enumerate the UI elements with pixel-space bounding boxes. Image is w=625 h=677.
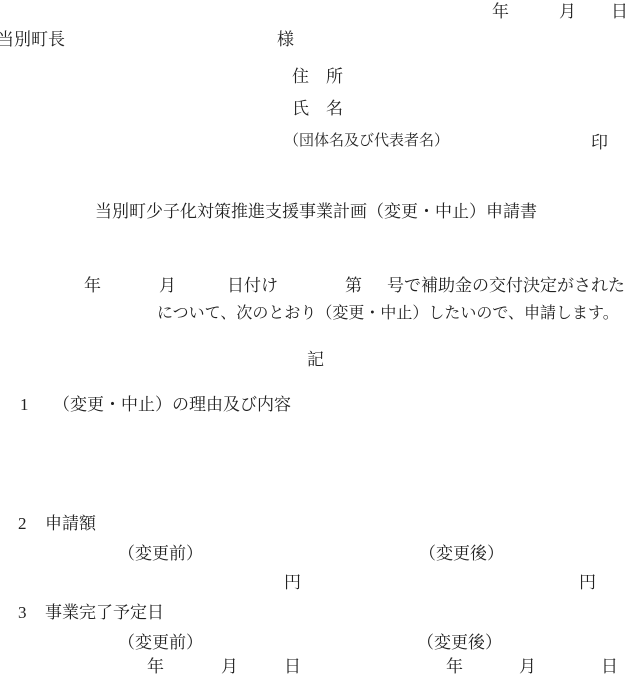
body-date-month-label: 月 [159,277,176,294]
item3-before-day-label: 日 [284,658,301,675]
item3-before-label: （変更前） [118,634,203,651]
body-grant-decision-text: 号で補助金の交付決定がされた [387,277,625,294]
document-title: 当別町少子化対策推進支援事業計画（変更・中止）申請書 [95,203,537,220]
honorific-sama-label: 様 [277,31,294,48]
item2-yen-unit-after: 円 [579,574,596,591]
top-date-year-label: 年 [492,3,509,20]
item2-amount-label: 申請額 [45,515,96,532]
org-representative-note: （団体名及び代表者名） [284,134,449,149]
item3-before-year-label: 年 [147,658,164,675]
item1-reason-content-label: （変更・中止）の理由及び内容 [53,396,291,413]
item2-number: 2 [18,515,27,532]
seal-placeholder-label: 印 [591,134,608,151]
change-cancellation-application-form: 年 月 日 当別町長 様 住 所 氏 名 （団体名及び代表者名） 印 当別町少子… [0,0,625,677]
item1-number: 1 [20,396,29,413]
item2-before-label: （変更前） [118,545,203,562]
item3-before-month-label: 月 [221,658,238,675]
item2-after-label: （変更後） [419,545,504,562]
body-number-prefix-label: 第 [345,277,362,294]
address-field-label: 住 所 [292,68,343,85]
name-field-label: 氏 名 [292,100,343,117]
item3-completion-label: 事業完了予定日 [45,604,164,621]
body-dated-label: 日付け [227,277,278,294]
item3-number: 3 [18,604,27,621]
item3-after-label: （変更後） [417,634,502,651]
ki-notation: 記 [307,351,324,368]
body-application-statement: について、次のとおり（変更・中止）したいので、申請します。 [157,306,619,322]
top-date-day-label: 日 [611,3,625,20]
item2-yen-unit-before: 円 [284,574,301,591]
addressee-mayor-label: 当別町長 [0,31,65,48]
item3-after-day-label: 日 [601,658,618,675]
top-date-month-label: 月 [559,3,576,20]
item3-after-year-label: 年 [446,658,463,675]
body-date-year-label: 年 [84,277,101,294]
item3-after-month-label: 月 [519,658,536,675]
